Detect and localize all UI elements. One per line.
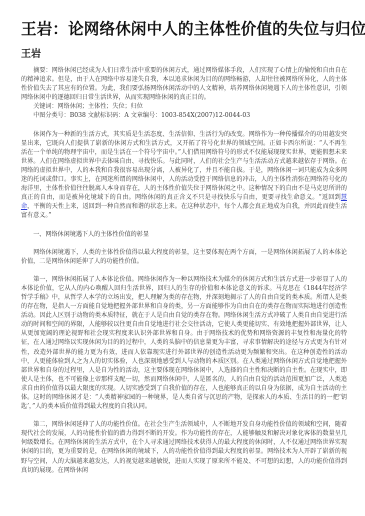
spacer bbox=[21, 121, 347, 130]
intro-text-before-link: 休闲作为一种新的生活方式，其实质是生活态度、生活信仰、生活行为的改变。网络作为一… bbox=[21, 131, 347, 202]
section-overview: 网络休闲境遇下，人类的主体性价值得以最大程度的彰显，这主要体现在两个方面，一是网… bbox=[21, 248, 347, 266]
document-page: 王岩：论网络休闲中人的主体性价值的失位与归位 王岩 摘要：网络休闲已经成为人们日… bbox=[0, 0, 365, 516]
classification-info: 中图分类号：B038 文献标识码：A 文章编号：1003-854X(2007)1… bbox=[21, 111, 347, 120]
article-title: 王岩：论网络休闲中人的主体性价值的失位与归位 bbox=[21, 17, 351, 39]
spacer bbox=[21, 266, 347, 275]
article-author: 王岩 bbox=[21, 45, 41, 60]
article-body: 摘要：网络休闲已经成为人们日常生活中重要的休闲方式，通过网络媒体手段，人们实现了… bbox=[21, 66, 347, 475]
intro-paragraph: 休闲作为一种新的生活方式，其实质是生活态度、生活信仰、生活行为的改变。网络作为一… bbox=[21, 130, 347, 221]
abstract: 摘要：网络休闲已经成为人们日常生活中重要的休闲方式，通过网络媒体手段，人们实现了… bbox=[21, 66, 347, 102]
keywords: 关键词：网络休闲；主体性；失位；归位 bbox=[21, 102, 347, 111]
section-heading: 一、网络休闲境遇下人的主体性价值的彰显 bbox=[21, 230, 347, 239]
point-one-paragraph: 第一，网络休闲拓展了人本体论价值。网络休闲作为一种以网络技术为媒介的休闲方式和生… bbox=[21, 275, 347, 411]
point-two-paragraph: 第二，网络休闲延伸了人的功能性价值。在社会生产生活领域中，人不断地开发自身功能性… bbox=[21, 420, 347, 475]
spacer bbox=[21, 411, 347, 420]
spacer bbox=[21, 239, 347, 248]
spacer bbox=[21, 221, 347, 230]
intro-text-after-link: ，平衡的天性上来，返回到一种自然而和谐的状态上来。在这种状态中，每个人都会真正地… bbox=[21, 203, 347, 219]
